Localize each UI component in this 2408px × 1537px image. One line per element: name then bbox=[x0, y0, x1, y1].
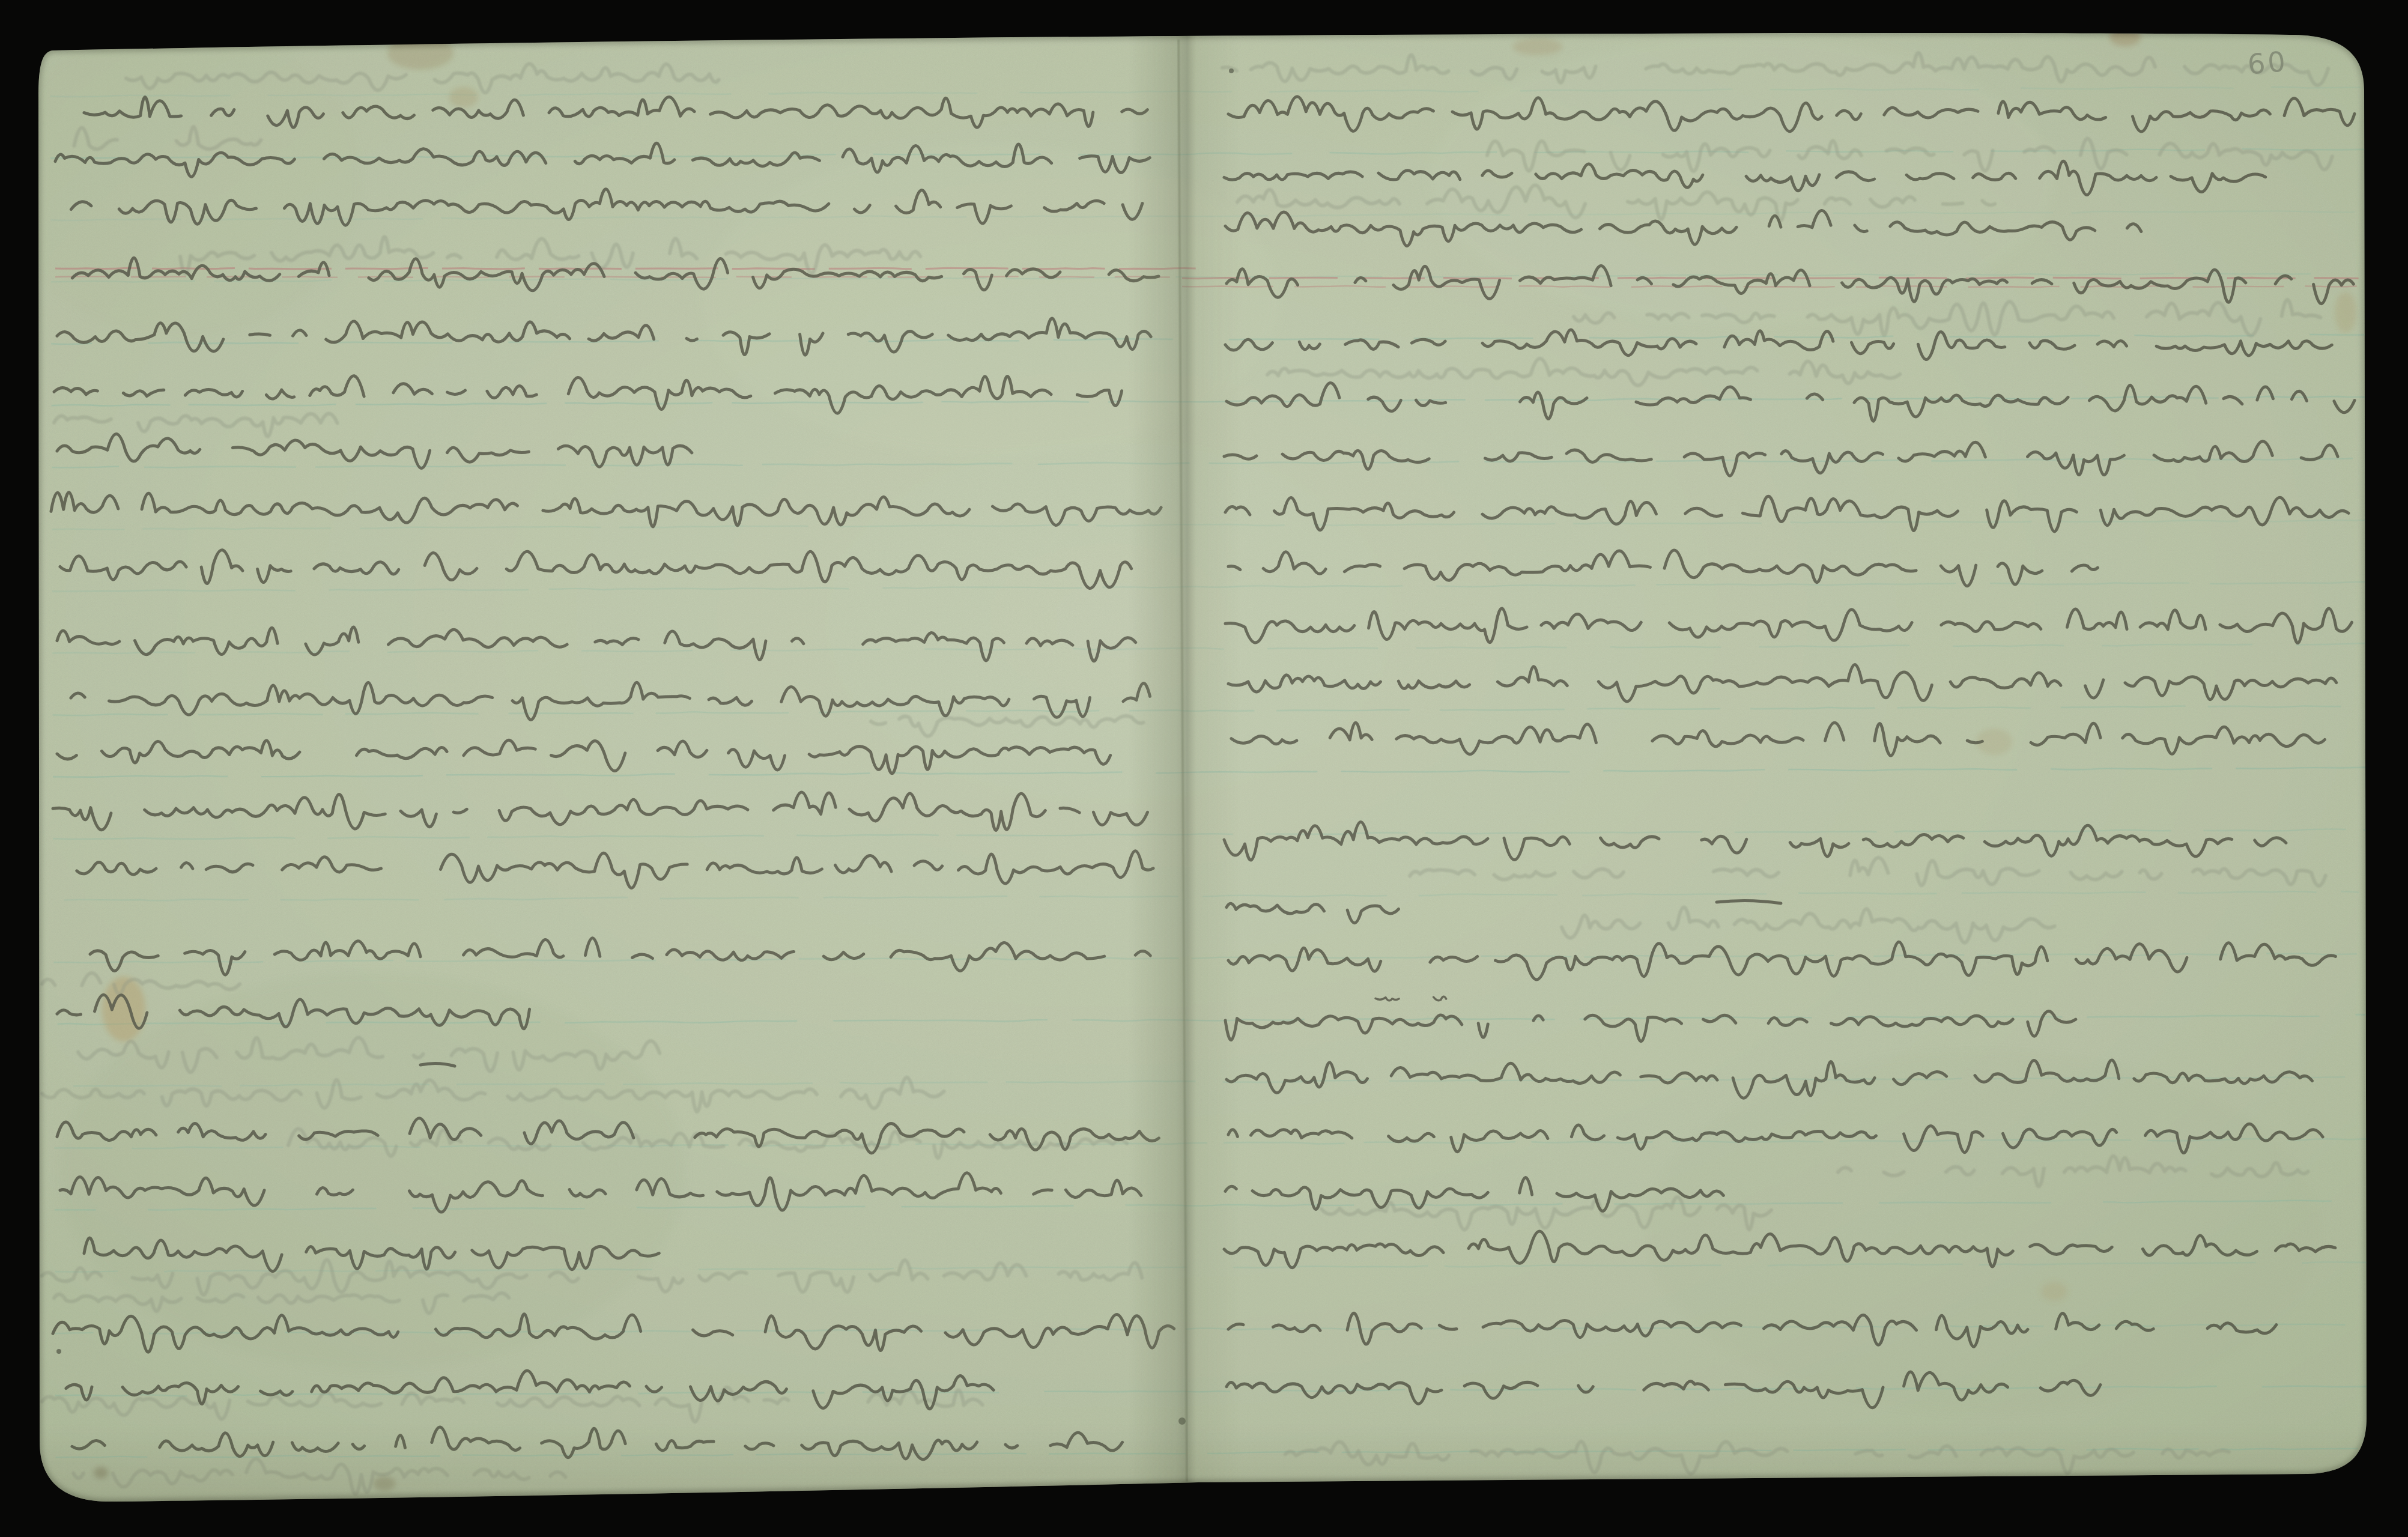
paper-edge-shadow bbox=[38, 33, 2367, 1502]
ink-speck bbox=[851, 1499, 857, 1505]
scanned-notebook-spread: 60 bbox=[0, 0, 2408, 1537]
notebook-spread-svg: 60 bbox=[0, 0, 2408, 1537]
pencil-ghost-line bbox=[1339, 1479, 1995, 1509]
ink-speck bbox=[676, 1505, 684, 1513]
ink-speck bbox=[395, 1500, 401, 1506]
